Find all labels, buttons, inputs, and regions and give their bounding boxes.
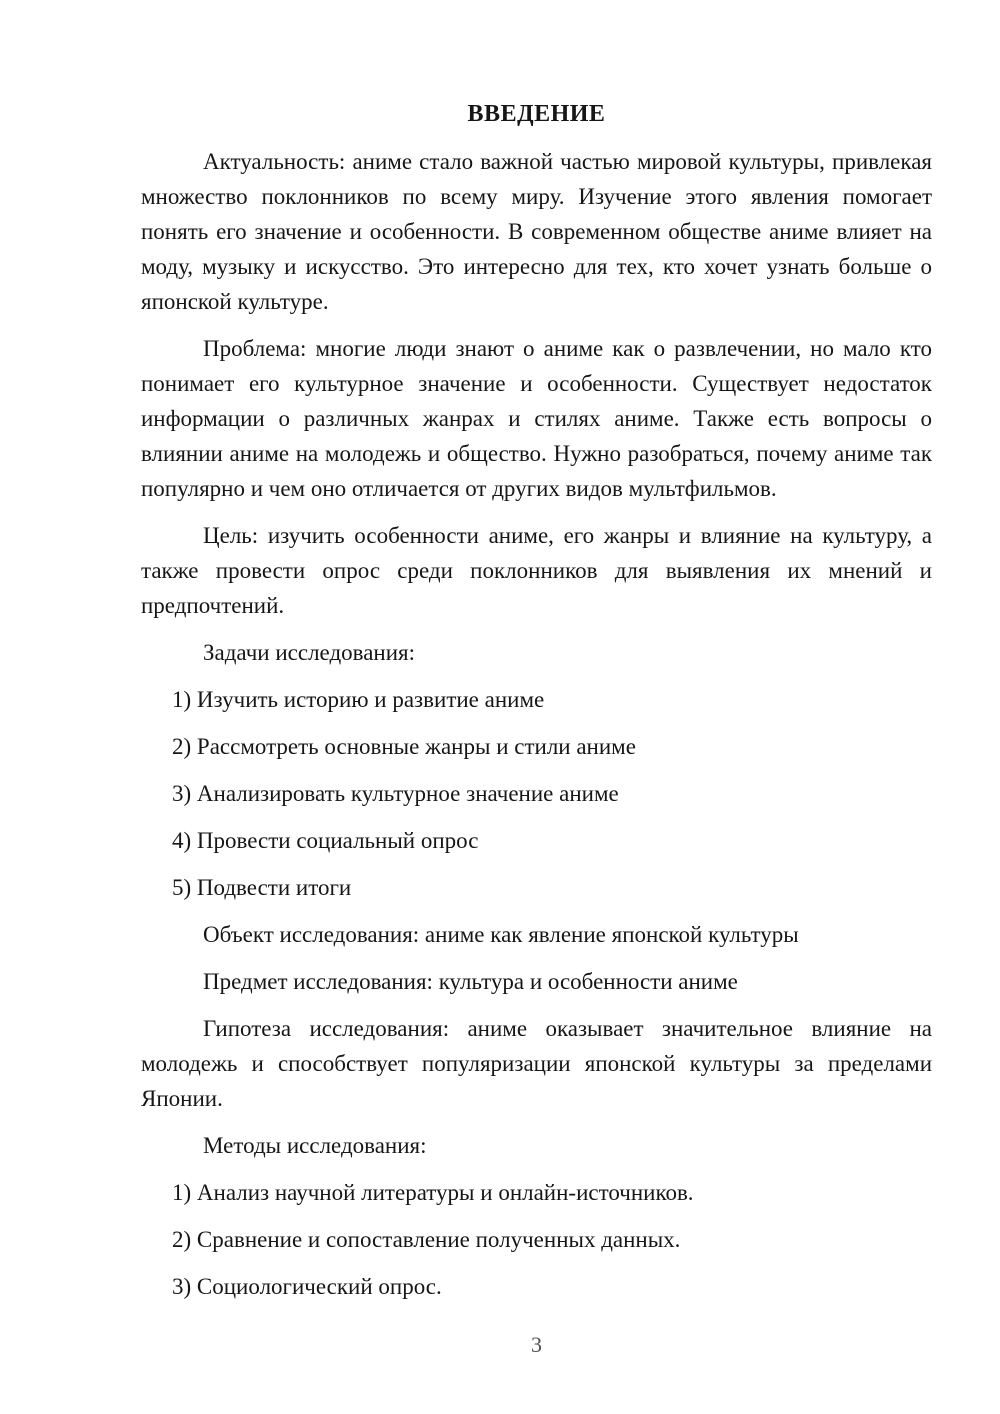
task-item-5: 5) Подвести итоги — [141, 870, 932, 905]
task-item-2: 2) Рассмотреть основные жанры и стили ан… — [141, 729, 932, 764]
task-item-1: 1) Изучить историю и развитие аниме — [141, 682, 932, 717]
paragraph-relevance: Актуальность: аниме стало важной частью … — [141, 144, 932, 319]
tasks-list: 1) Изучить историю и развитие аниме 2) Р… — [141, 682, 932, 905]
task-item-4: 4) Провести социальный опрос — [141, 823, 932, 858]
method-item-3: 3) Социологический опрос. — [141, 1269, 932, 1304]
task-item-3: 3) Анализировать культурное значение ани… — [141, 776, 932, 811]
paragraph-subject: Предмет исследования: культура и особенн… — [141, 964, 932, 999]
section-heading: ВВЕДЕНИЕ — [141, 96, 932, 132]
methods-list: 1) Анализ научной литературы и онлайн-ис… — [141, 1175, 932, 1304]
paragraph-hypothesis: Гипотеза исследования: аниме оказывает з… — [141, 1011, 932, 1116]
methods-label: Методы исследования: — [141, 1128, 932, 1163]
method-item-1: 1) Анализ научной литературы и онлайн-ис… — [141, 1175, 932, 1210]
method-item-2: 2) Сравнение и сопоставление полученных … — [141, 1222, 932, 1257]
document-page: ВВЕДЕНИЕ Актуальность: аниме стало важно… — [0, 0, 1000, 1414]
paragraph-goal: Цель: изучить особенности аниме, его жан… — [141, 518, 932, 623]
page-number: 3 — [141, 1330, 932, 1360]
paragraph-object: Объект исследования: аниме как явление я… — [141, 917, 932, 952]
paragraph-problem: Проблема: многие люди знают о аниме как … — [141, 331, 932, 506]
tasks-label: Задачи исследования: — [141, 635, 932, 670]
